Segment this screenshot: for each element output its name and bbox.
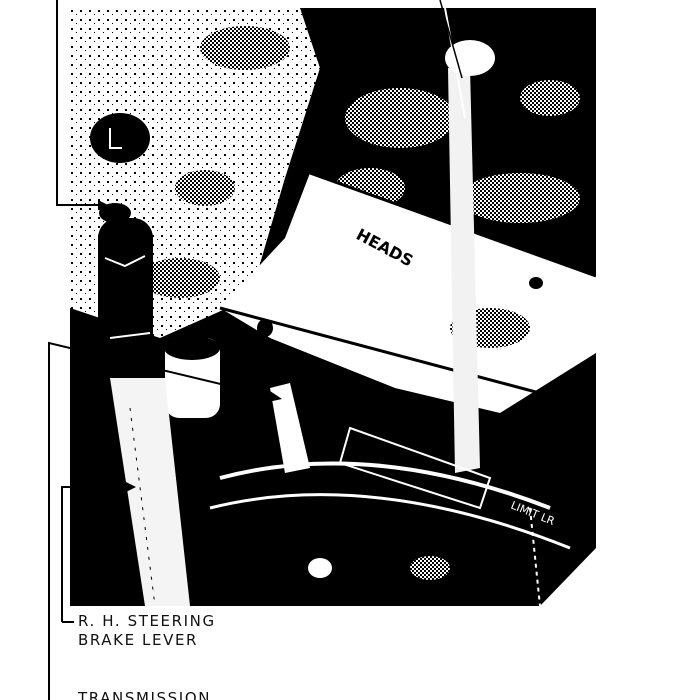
label-line-2: BRAKE LEVER — [78, 631, 216, 650]
rh-steering-brake-lever-label: R. H. STEERING BRAKE LEVER — [78, 612, 216, 650]
tractor-controls-photo: HEADS LIMIT LR — [70, 8, 596, 606]
label-line-1: R. H. STEERING — [78, 612, 216, 631]
transmission-label-partial: TRANSMISSION — [78, 689, 211, 700]
transmission-label-text: TRANSMISSION — [78, 689, 211, 700]
manual-page: HEADS LIMIT LR — [0, 0, 700, 700]
